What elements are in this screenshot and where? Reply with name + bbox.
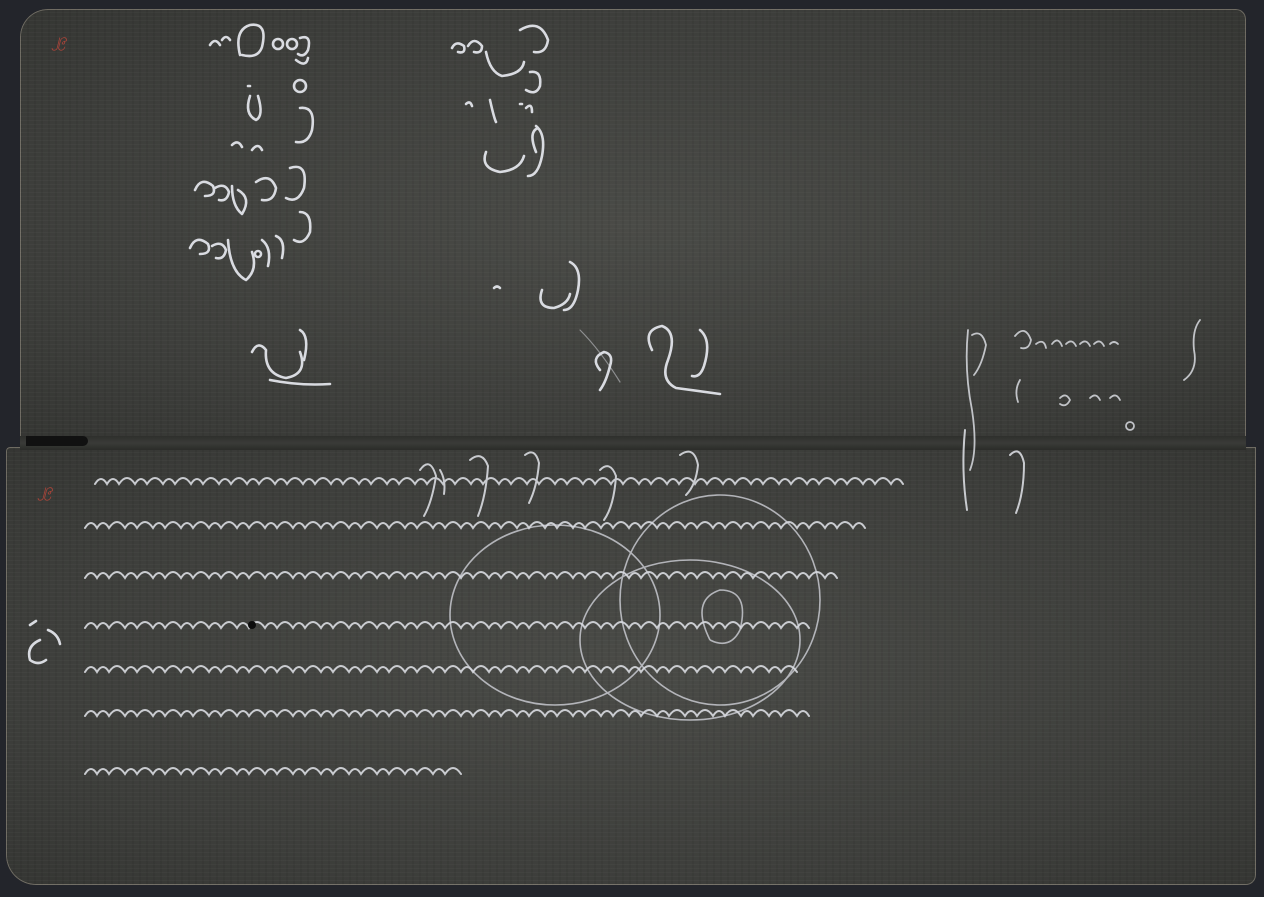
handwritten-script [0,0,1264,897]
overlapping-circles-diagram [450,495,820,720]
margin-mark-glyph [29,621,60,663]
bottom-text-lines [85,430,1024,774]
top-left-column [190,25,330,385]
paper-hole [248,621,256,629]
top-right-note [967,320,1200,470]
top-middle-column [452,26,720,394]
